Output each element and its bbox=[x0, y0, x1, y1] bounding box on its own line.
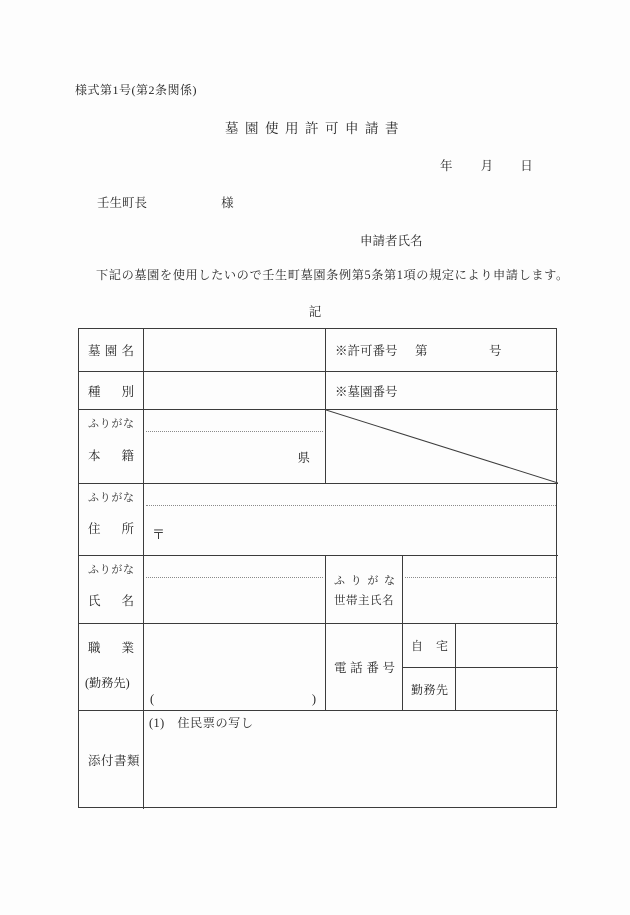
permit-number-suffix: 号 bbox=[489, 341, 502, 359]
applicant-name-label: 申請者氏名 bbox=[360, 231, 423, 249]
attachments-label: 添付書類 bbox=[88, 751, 140, 769]
park-number-cell: ※墓園番号 bbox=[326, 372, 558, 410]
occupation-workplace-note: (勤務先) bbox=[85, 674, 130, 691]
occupation-input-cell: ( ) bbox=[144, 624, 326, 711]
permit-number-prefix: 第 bbox=[415, 341, 428, 359]
attachments-label-cell: 添付書類 bbox=[79, 711, 144, 809]
phone-label-cell: 電話番号 bbox=[326, 624, 403, 711]
domicile-crossed-cell bbox=[326, 410, 558, 484]
occupation-label-cell: 職業 (勤務先) bbox=[79, 624, 144, 711]
name-label: 氏名 bbox=[88, 591, 134, 609]
workplace-paren-open: ( bbox=[150, 692, 154, 707]
domicile-label: 本籍 bbox=[88, 446, 134, 464]
phone-work-label: 勤務先 bbox=[411, 681, 449, 698]
address-input-cell: 〒 bbox=[144, 484, 558, 556]
type-label: 種別 bbox=[88, 382, 134, 400]
householder-label-box: ふりがな 世帯主氏名 bbox=[334, 572, 395, 608]
phone-work-label-cell: 勤務先 bbox=[403, 668, 456, 711]
name-input-cell bbox=[144, 556, 326, 624]
honorific: 様 bbox=[221, 196, 234, 210]
application-statement: 下記の墓園を使用したいので壬生町墓園条例第5条第1項の規定により申請します。 bbox=[96, 266, 569, 283]
park-number-label: ※墓園番号 bbox=[335, 382, 398, 400]
address-label: 住所 bbox=[88, 519, 134, 537]
phone-home-label-cell: 自宅 bbox=[403, 624, 456, 668]
furigana-dotted-line bbox=[146, 505, 556, 506]
form-number: 様式第1号(第2条関係) bbox=[75, 81, 197, 98]
domicile-furigana-label: ふりがな bbox=[88, 415, 134, 431]
furigana-dotted-line bbox=[146, 577, 323, 578]
note-heading: 記 bbox=[0, 302, 630, 320]
cemetery-name-label-cell: 墓園名 bbox=[79, 329, 144, 372]
date-year-label: 年 bbox=[440, 159, 453, 173]
address-furigana-label: ふりがな bbox=[88, 489, 134, 505]
page-title: 墓園使用許可申請書 bbox=[0, 117, 630, 137]
postal-mark: 〒 bbox=[152, 524, 165, 543]
application-table: 墓園名 ※許可番号 第 号 種別 ※墓園番号 ふりがな 本籍 県 bbox=[78, 328, 557, 808]
attachment-item-1: (1) 住民票の写し bbox=[149, 714, 254, 731]
domicile-label-cell: ふりがな 本籍 bbox=[79, 410, 144, 484]
householder-input-cell bbox=[403, 556, 558, 624]
type-input-cell bbox=[144, 372, 326, 410]
workplace-paren-close: ) bbox=[312, 692, 316, 707]
occupation-label: 職業 bbox=[88, 638, 134, 656]
cemetery-name-label: 墓園名 bbox=[88, 341, 134, 359]
householder-label-cell: ふりがな 世帯主氏名 bbox=[326, 556, 403, 624]
date-line: 年 月 日 bbox=[440, 156, 533, 174]
addressee: 壬生町長 bbox=[97, 196, 147, 210]
type-label-cell: 種別 bbox=[79, 372, 144, 410]
date-month-label: 月 bbox=[481, 159, 494, 173]
address-label-cell: ふりがな 住所 bbox=[79, 484, 144, 556]
prefecture-suffix: 県 bbox=[297, 448, 310, 466]
furigana-dotted-line bbox=[405, 577, 556, 578]
permit-number-cell: ※許可番号 第 号 bbox=[326, 329, 558, 372]
householder-furigana-label: ふりがな bbox=[334, 572, 395, 588]
name-label-cell: ふりがな 氏名 bbox=[79, 556, 144, 624]
phone-work-input-cell bbox=[456, 668, 558, 711]
furigana-dotted-line bbox=[146, 431, 323, 432]
phone-home-input-cell bbox=[456, 624, 558, 668]
date-day-label: 日 bbox=[520, 159, 533, 173]
phone-home-label: 自宅 bbox=[411, 637, 448, 654]
domicile-input-cell: 県 bbox=[144, 410, 326, 484]
phone-label: 電話番号 bbox=[334, 658, 395, 676]
attachments-content-cell: (1) 住民票の写し bbox=[144, 711, 558, 809]
permit-number-label: ※許可番号 bbox=[335, 341, 398, 359]
addressee-line: 壬生町長 様 bbox=[97, 193, 234, 211]
name-furigana-label: ふりがな bbox=[88, 561, 134, 577]
application-form-page: 様式第1号(第2条関係) 墓園使用許可申請書 年 月 日 壬生町長 様 申請者氏… bbox=[0, 0, 630, 915]
cemetery-name-input-cell bbox=[144, 329, 326, 372]
householder-label: 世帯主氏名 bbox=[334, 595, 394, 607]
diagonal-strike-line bbox=[326, 410, 558, 483]
